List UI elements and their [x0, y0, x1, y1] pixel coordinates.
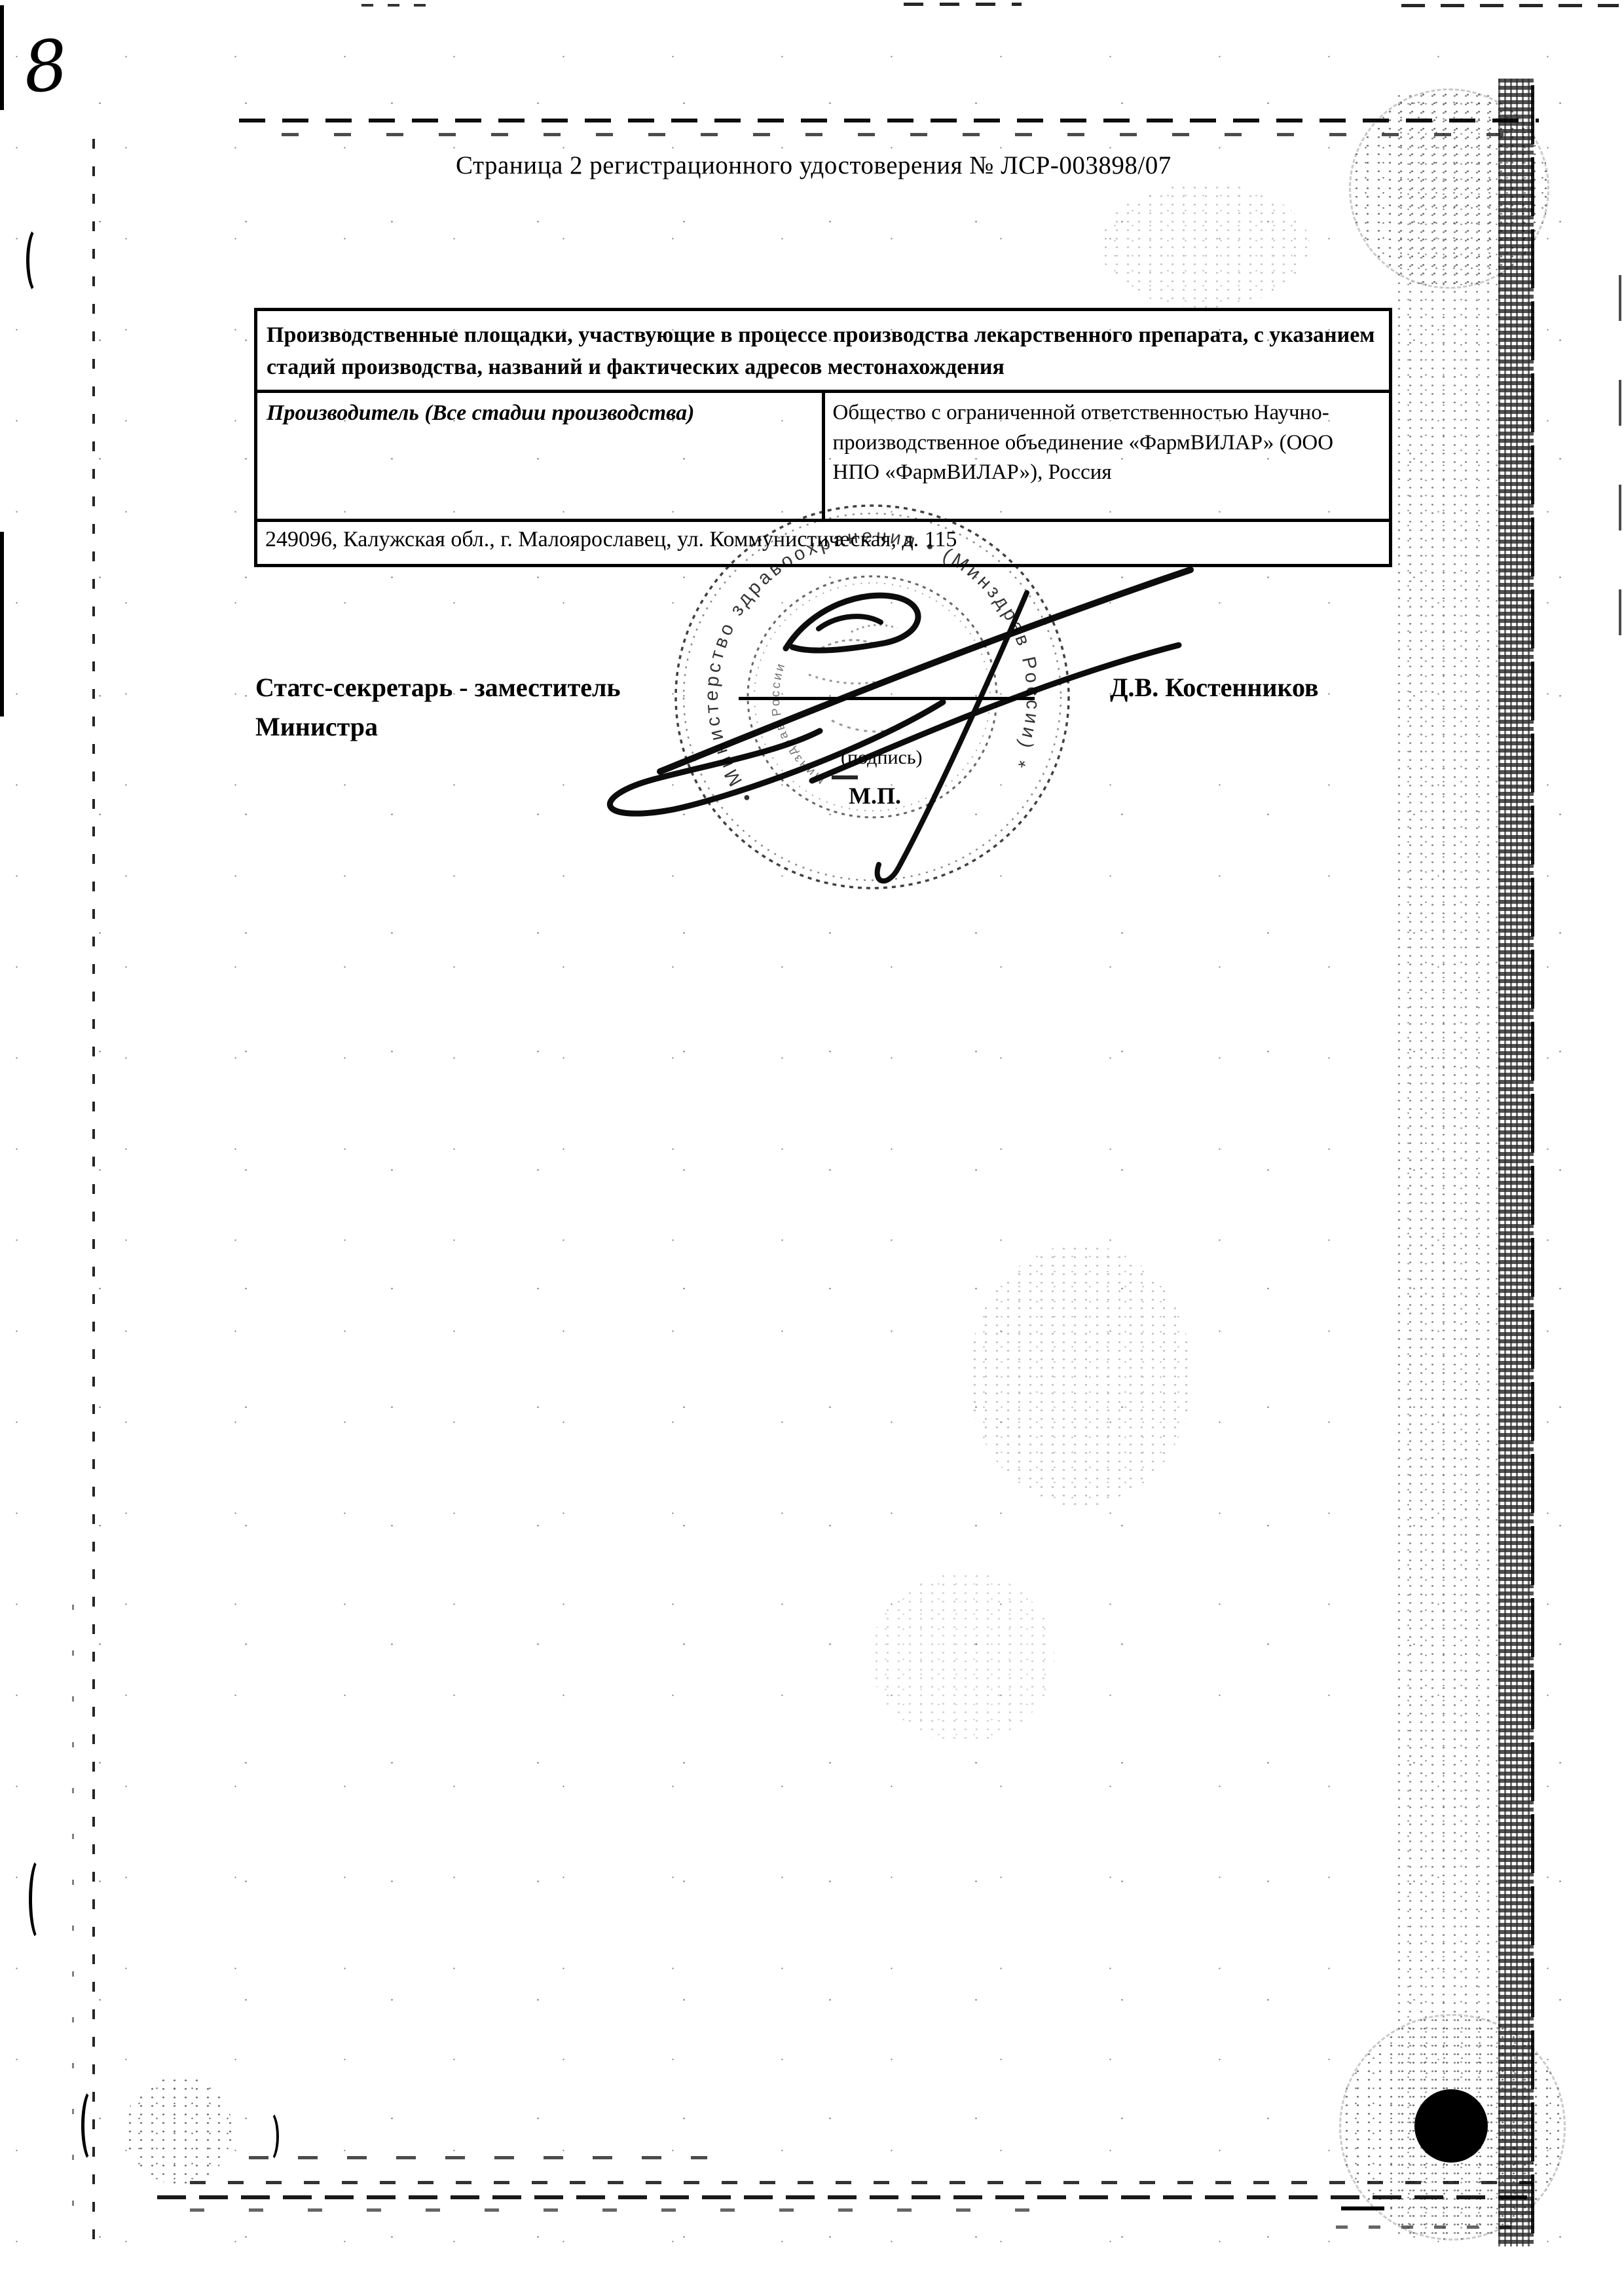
page-title: Страница 2 регистрационного удостоверени… — [456, 151, 1172, 180]
scan-noise-dashes — [1336, 2225, 1532, 2229]
scan-noise-dashes — [904, 3, 1022, 6]
scan-noise-band-right — [1393, 92, 1500, 2240]
scan-noise-band-right-dense — [1498, 79, 1534, 2246]
signer-post-line1: Статс-секретарь - заместитель — [255, 672, 621, 703]
scan-noise-blob-mid — [871, 1572, 1054, 1742]
scan-noise-dashes — [190, 2208, 1041, 2212]
scan-edge-bar — [0, 532, 4, 716]
scan-noise-line — [1341, 2206, 1384, 2210]
scan-noise-vertical-line — [1531, 85, 1534, 2246]
scan-edge-bar — [0, 5, 4, 110]
signature-scribble — [576, 530, 1225, 923]
scan-noise-dashes — [249, 2156, 707, 2159]
scan-noise-blob-top — [1100, 183, 1310, 308]
hole-punch-dot — [1414, 2089, 1488, 2163]
signer-post-line2: Министра — [255, 711, 378, 742]
scan-noise-dashes — [361, 4, 440, 7]
scan-noise-blob-bottom-left — [124, 2076, 232, 2184]
pen-mark-arc — [259, 2110, 279, 2163]
scan-noise-dashes — [239, 119, 1539, 122]
scan-noise-dashes — [282, 133, 1526, 136]
scan-noise-dashes — [1401, 4, 1619, 7]
scan-noise-blob-mid — [969, 1244, 1192, 1506]
pen-mark-arc — [26, 226, 50, 295]
scan-noise-vertical-line — [1619, 275, 1621, 668]
scan-noise-dashes — [157, 2195, 1532, 2199]
table-header-cell: Производственные площадки, участвующие в… — [256, 310, 1391, 392]
scan-noise-dashes — [190, 2181, 1532, 2184]
table-header-row: Производственные площадки, участвующие в… — [256, 310, 1391, 392]
handwritten-page-number: 8 — [20, 24, 72, 109]
scan-noise-vertical-line — [72, 1605, 74, 2227]
scan-noise-blob-top-right — [1349, 88, 1549, 289]
scan-noise-vertical-line — [92, 139, 95, 2241]
pen-mark-arc — [29, 1857, 51, 1942]
scanned-certificate-page: 8 Страница 2 регистрационного удостовере… — [0, 0, 1624, 2289]
